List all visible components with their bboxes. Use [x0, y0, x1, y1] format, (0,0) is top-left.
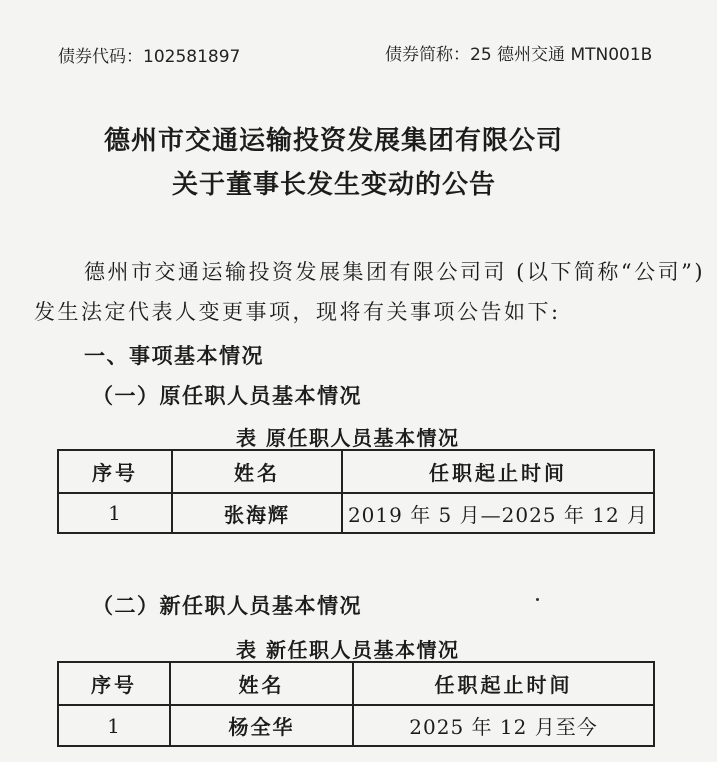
table-row: 1 杨全华 2025 年 12 月至今: [58, 705, 654, 746]
column-header-term: 任职起止时间: [353, 662, 654, 705]
table-caption-original: 表 原任职人员基本情况: [236, 422, 459, 451]
cell-term: 2019 年 5 月—2025 年 12 月: [342, 493, 654, 533]
cell-name: 杨全华: [170, 705, 353, 746]
intro-line1: 德州市交通运输投资发展集团有限公司司 (以下简称“公司”): [84, 256, 705, 286]
cell-index: 1: [58, 493, 172, 533]
column-header-term: 任职起止时间: [342, 450, 654, 493]
column-header-index: 序号: [58, 662, 170, 705]
table-caption-new: 表 新任职人员基本情况: [236, 634, 459, 663]
stray-dot: [536, 598, 539, 601]
bond-code: 债券代码：102581897: [58, 42, 240, 67]
table-row: 1 张海辉 2019 年 5 月—2025 年 12 月: [58, 493, 654, 533]
new-personnel-table: 序号 姓名 任职起止时间 1 杨全华 2025 年 12 月至今: [57, 661, 655, 747]
column-header-name: 姓名: [170, 662, 353, 705]
intro-line2: 发生法定代表人变更事项，现将有关事项公告如下:: [34, 296, 561, 326]
cell-name: 张海辉: [172, 493, 342, 533]
page-title-line2: 关于董事长发生变动的公告: [172, 164, 496, 201]
column-header-name: 姓名: [172, 450, 342, 493]
cell-term: 2025 年 12 月至今: [353, 705, 654, 746]
cell-index: 1: [58, 705, 170, 746]
column-header-index: 序号: [58, 450, 172, 493]
table-header-row: 序号 姓名 任职起止时间: [58, 662, 654, 705]
section-heading: 一、事项基本情况: [84, 340, 264, 370]
bond-short-name: 债券简称：25 德州交通 MTN001B: [385, 40, 652, 65]
subsection-heading-original: （一）原任职人员基本情况: [92, 380, 362, 410]
table-header-row: 序号 姓名 任职起止时间: [58, 450, 654, 493]
page-title-line1: 德州市交通运输投资发展集团有限公司: [104, 120, 563, 157]
subsection-heading-new: （二）新任职人员基本情况: [92, 590, 362, 620]
original-personnel-table: 序号 姓名 任职起止时间 1 张海辉 2019 年 5 月—2025 年 12 …: [57, 449, 655, 534]
